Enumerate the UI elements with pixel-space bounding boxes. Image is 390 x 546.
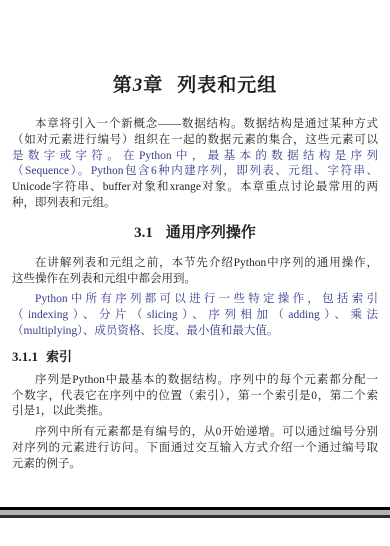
chapter-title-text: 列表和元组 bbox=[177, 74, 277, 96]
chapter-number: 3 bbox=[133, 75, 144, 96]
page-bottom-edge-line-bottom bbox=[0, 515, 390, 518]
paragraph-indexing-1: 序列是Python中最基本的数据结构。序列中的每个元素都分配一 个数字，代表它在… bbox=[12, 373, 378, 420]
page-content: 第3章列表和元组 本章将引入一个新概念——数据结构。数据结构是通过某种方式 （如… bbox=[0, 74, 390, 473]
text-line: 对序列的元素进行访问。下面通过交互输入方式介绍一个通过编号取 bbox=[12, 441, 378, 457]
text-line: Unicode字符串、buffer对象和xrange对象。本章重点讨论最常用的两 bbox=[12, 180, 378, 196]
text-line: 种，即列表和元组。 bbox=[12, 196, 378, 212]
text-line: 序列中所有元素都是有编号的，从0开始递增。可以通过编号分别 bbox=[12, 425, 378, 441]
section-heading-3-1: 3.1通用序列操作 bbox=[12, 222, 378, 243]
text-line: 本章将引入一个新概念——数据结构。数据结构是通过某种方式 bbox=[12, 117, 378, 133]
chapter-suffix: 章 bbox=[143, 74, 163, 96]
subsection-title-text: 索引 bbox=[46, 350, 72, 365]
text-line: （Sequence）。Python包含6种内建序列，即列表、元组、字符串、 bbox=[12, 164, 378, 180]
paragraph-intro: 本章将引入一个新概念——数据结构。数据结构是通过某种方式 （如对元素进行编号）组… bbox=[12, 117, 378, 212]
text-line: 在讲解列表和元组之前，本节先介绍Python中序列的通用操作， bbox=[12, 256, 378, 272]
chapter-prefix: 第 bbox=[113, 74, 133, 96]
text-line: （multiplying）、成员资格、长度、最小值和最大值。 bbox=[12, 324, 378, 340]
text-line: 个数字，代表它在序列中的位置（索引），第一个索引是0，第二个索 bbox=[12, 389, 378, 405]
text-line: 引是1，以此类推。 bbox=[12, 404, 378, 420]
section-title-text: 通用序列操作 bbox=[166, 223, 256, 241]
text-line: （如对元素进行编号）组织在一起的数据元素的集合，这些元素可以 bbox=[12, 133, 378, 149]
text-line: 这些操作在列表和元组中都会用到。 bbox=[12, 272, 378, 288]
paragraph-indexing-2: 序列中所有元素都是有编号的，从0开始递增。可以通过编号分别 对序列的元素进行访问… bbox=[12, 425, 378, 472]
text-line: 是数字或字符。在Python中，最基本的数据结构是序列 bbox=[12, 149, 378, 165]
text-line: （indexing）、分片（slicing）、序列相加（adding）、乘法 bbox=[12, 308, 378, 324]
paragraph-overview: 在讲解列表和元组之前，本节先介绍Python中序列的通用操作， 这些操作在列表和… bbox=[12, 256, 378, 288]
text-line: 序列是Python中最基本的数据结构。序列中的每个元素都分配一 bbox=[12, 373, 378, 389]
subsection-heading-3-1-1: 3.1.1索引 bbox=[12, 349, 378, 366]
chapter-title: 第3章列表和元组 bbox=[12, 74, 378, 97]
document-page: 第3章列表和元组 本章将引入一个新概念——数据结构。数据结构是通过某种方式 （如… bbox=[0, 0, 390, 546]
text-line: 元素的例子。 bbox=[12, 457, 378, 473]
paragraph-operations: Python中所有序列都可以进行一些特定操作，包括索引 （indexing）、分… bbox=[12, 292, 378, 339]
subsection-number: 3.1.1 bbox=[12, 349, 38, 364]
text-line: Python中所有序列都可以进行一些特定操作，包括索引 bbox=[12, 292, 378, 308]
section-number: 3.1 bbox=[134, 225, 153, 241]
